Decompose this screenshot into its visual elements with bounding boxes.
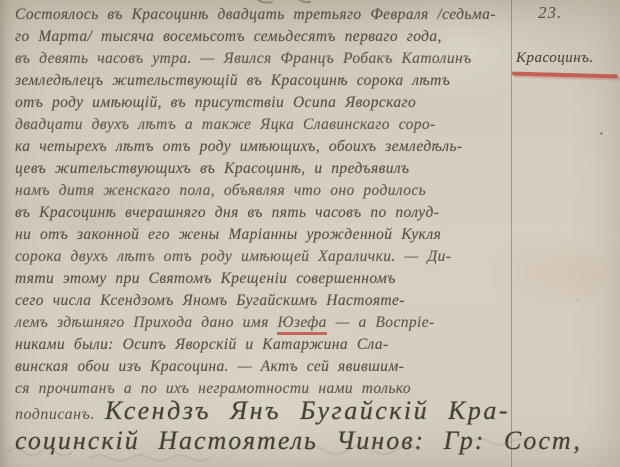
text-line: лемъ здѣшняго Прихода дано имя Юзефа — а… <box>15 314 515 336</box>
priest-signature: социнскій Настоятель Чинов: Гр: Сост, <box>15 426 582 455</box>
text-line: двадцати двухъ лѣтъ а также Яцка Славинс… <box>15 116 515 138</box>
signature-line: подписанъ.Ксендзъ Янъ Бугайскій Кра- <box>15 396 582 426</box>
binding-gutter <box>0 0 14 467</box>
priest-signature: Ксендзъ Янъ Бугайскій Кра- <box>105 396 510 425</box>
text-line: намъ дитя женскаго пола, объявляя что он… <box>15 182 515 204</box>
text-line: тяти этому при Святомъ Крещеніи совершен… <box>15 270 515 292</box>
text-line: ка четырехъ лѣтъ отъ роду имѣющихъ, обои… <box>15 138 515 160</box>
text-line: цевъ жительствующихъ въ Красоцинѣ, и пре… <box>15 160 515 182</box>
signature-block: подписанъ.Ксендзъ Янъ Бугайскій Кра- соц… <box>15 396 582 456</box>
text-line: отъ роду имѣющій, въ присутствіи Осипа Я… <box>15 94 515 116</box>
paper-stain <box>540 235 620 315</box>
text-line: Состоялось въ Красоцинѣ двадцать третьяг… <box>15 6 515 28</box>
text-line: винская обои изъ Красоцина. — Актъ сей я… <box>15 358 515 380</box>
text-line: сорока двухъ лѣтъ отъ роду имѣющей Харал… <box>15 248 515 270</box>
margin-annotation: Красоцинъ. <box>516 50 594 67</box>
record-text: Состоялось въ Красоцинѣ двадцать третьяг… <box>15 6 515 402</box>
act-number: 23. <box>538 3 562 23</box>
text-line: въ Красоцинѣ вчерашняго дня въ пять часо… <box>15 204 515 226</box>
ink-speck <box>600 132 603 135</box>
text-segment: лемъ здѣшняго Прихода дано имя <box>15 314 277 331</box>
highlighted-name: Юзефа <box>277 314 326 335</box>
text-line: сего числа Ксендзомъ Яномъ Бугайскимъ На… <box>15 292 515 314</box>
text-line: го Марта/ тысяча восемьсотъ семьдесятъ п… <box>15 28 515 50</box>
red-underline-margin <box>512 72 618 79</box>
ink-speck <box>577 299 579 301</box>
text-line: ни отъ законной его жены Маріанны урожде… <box>15 226 515 248</box>
text-segment: — а Воспріе- <box>327 314 435 331</box>
signature-line: социнскій Настоятель Чинов: Гр: Сост, <box>15 426 582 456</box>
manuscript-page: 23. Красоцинъ. Состоялось въ Красоцинѣ д… <box>0 0 620 467</box>
signature-prefix: подписанъ. <box>15 406 95 423</box>
text-line: земледѣлецъ жительствующій въ Красоцинѣ … <box>15 72 515 94</box>
text-line: въ девять часовъ утра. — Явился Францъ Р… <box>15 50 515 72</box>
text-line: никами были: Осипъ Яворскій и Катаржина … <box>15 336 515 358</box>
